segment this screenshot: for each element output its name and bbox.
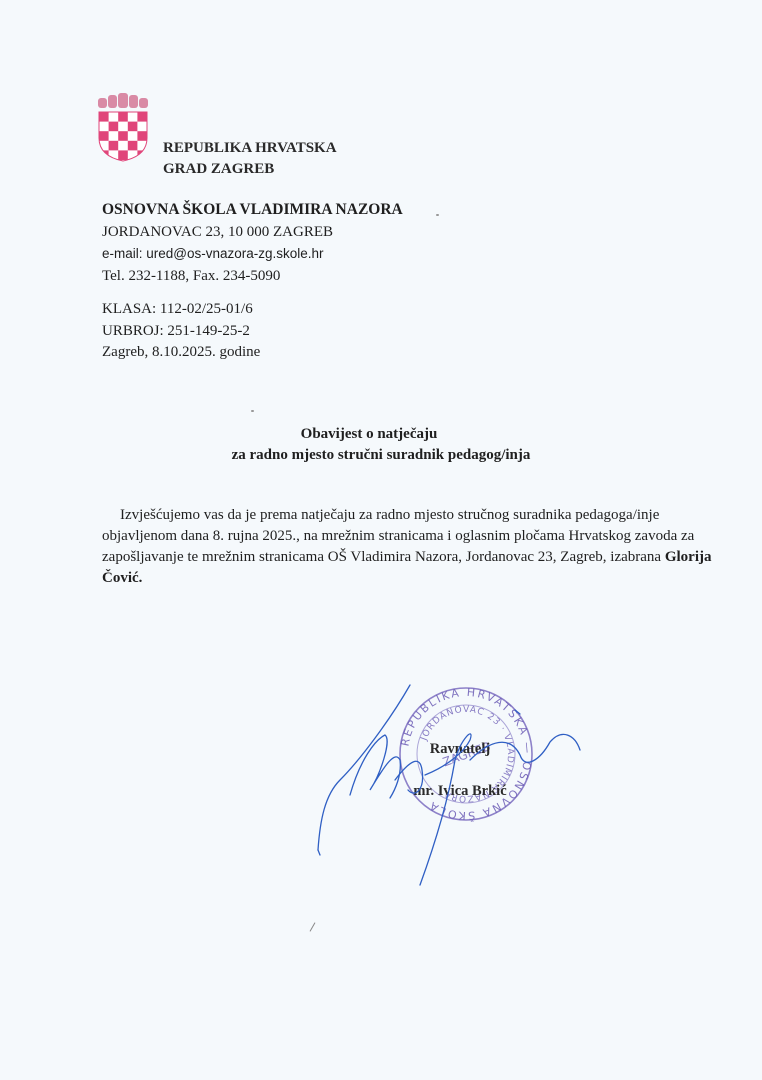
body-text: Izvješćujemo vas da je prema natječaju z… [102,507,694,565]
body-paragraph: Izvješćujemo vas da je prema natječaju z… [102,505,722,589]
city-name: GRAD ZAGREB [163,159,337,180]
country-name: REPUBLIKA HRVATSKA [163,138,337,159]
klasa: KLASA: 112-02/25-01/6 [102,299,260,321]
email-address: ured@os-vnazora-zg.skole.hr [146,246,323,261]
title-line-1: Obavijest o natječaju [0,424,762,445]
coat-of-arms-icon [96,92,150,162]
document-references: KLASA: 112-02/25-01/6 URBROJ: 251-149-25… [102,299,260,364]
scan-speck [436,214,439,216]
phone-fax: Tel. 232-1188, Fax. 234-5090 [102,265,403,287]
pen-mark [310,922,316,931]
urbroj: URBROJ: 251-149-25-2 [102,321,260,343]
issuer-header: REPUBLIKA HRVATSKA GRAD ZAGREB [163,138,337,180]
scan-speck [251,410,254,412]
school-address: JORDANOVAC 23, 10 000 ZAGREB [102,221,403,243]
handwritten-signature [300,680,590,895]
school-name: OSNOVNA ŠKOLA VLADIMIRA NAZORA [102,199,403,221]
email-label: e-mail: [102,246,143,261]
document-title: Obavijest o natječaju za radno mjesto st… [0,424,762,466]
school-info: OSNOVNA ŠKOLA VLADIMIRA NAZORA JORDANOVA… [102,199,403,287]
place-date: Zagreb, 8.10.2025. godine [102,342,260,364]
title-line-2: za radno mjesto stručni suradnik pedagog… [0,445,762,466]
